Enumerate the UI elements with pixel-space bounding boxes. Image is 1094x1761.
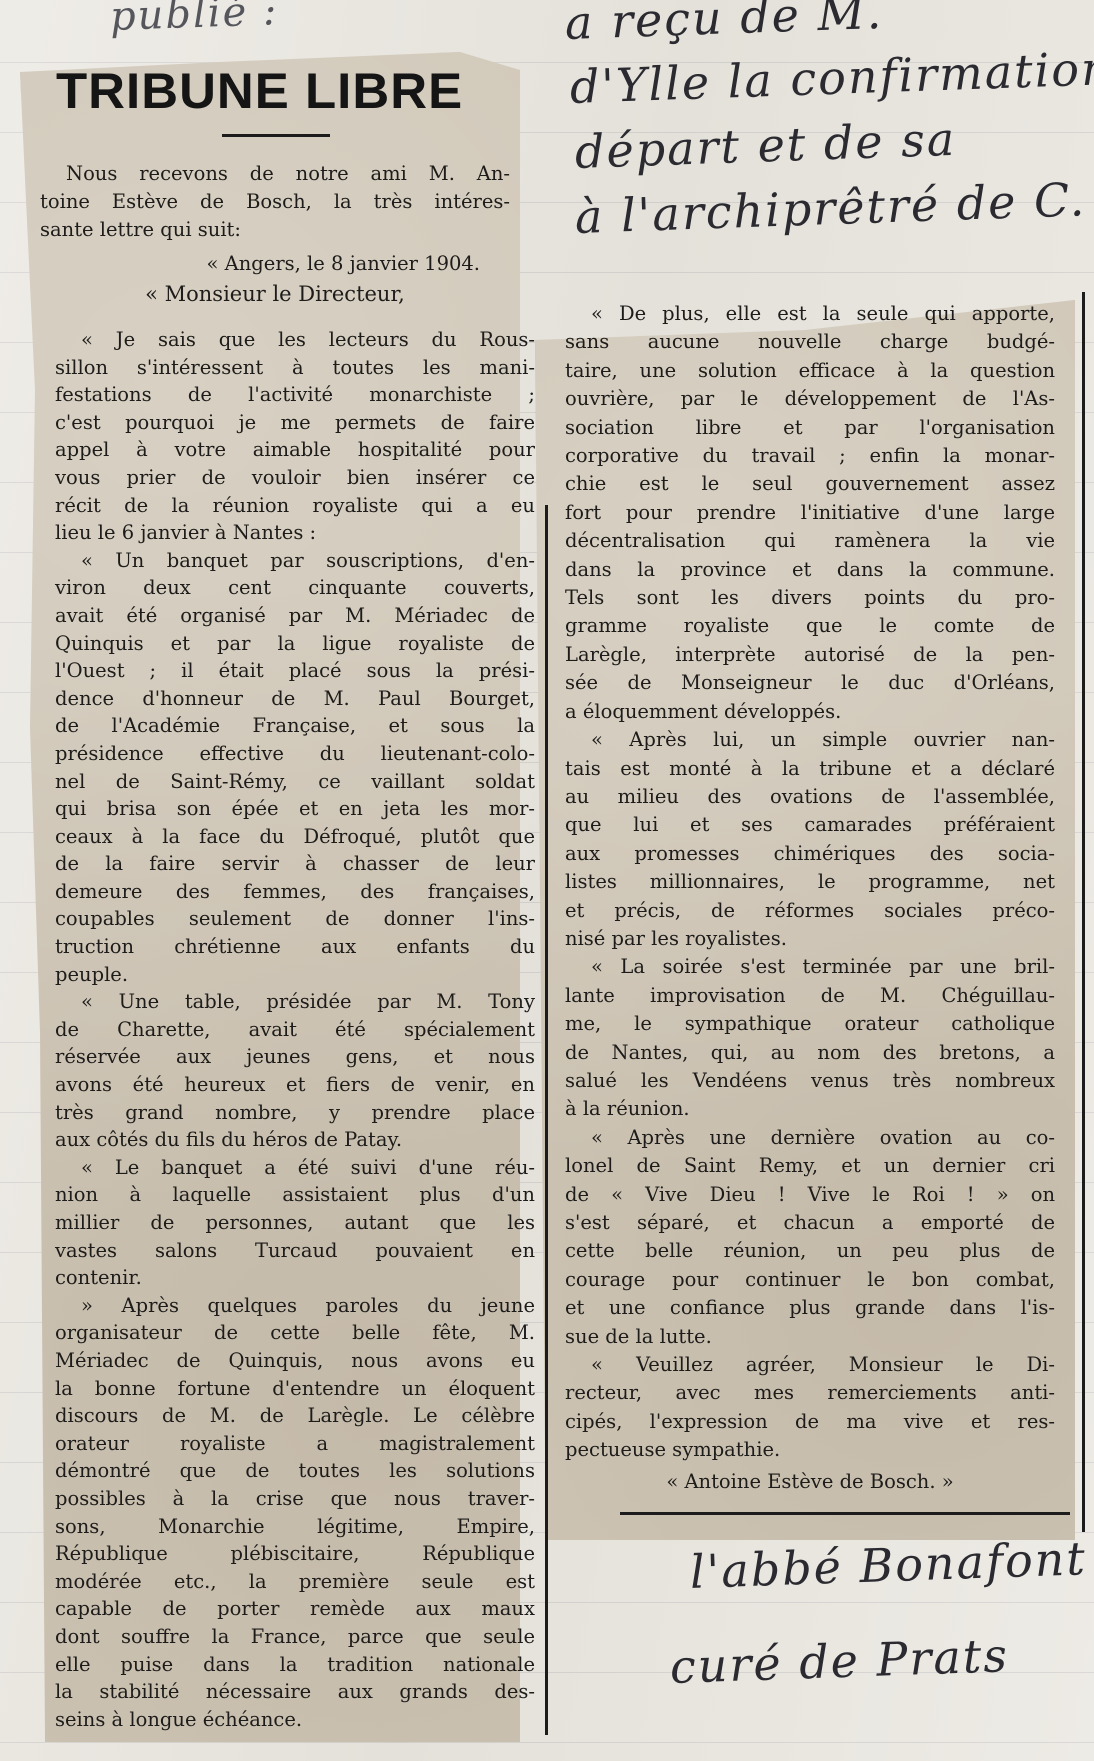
text-line: de Charette, avait été spécialement bbox=[55, 1016, 535, 1044]
text-line: Larègle, interprète autorisé de la pen- bbox=[565, 641, 1055, 669]
handwriting-line-2: d'Ylle la confirmation bbox=[569, 41, 1094, 114]
text-line: demeure des femmes, des françaises, bbox=[55, 878, 535, 906]
text-line: très grand nombre, y prendre place bbox=[55, 1099, 535, 1127]
text-line: taire, une solution efficace à la questi… bbox=[565, 357, 1055, 385]
text-line: sons, Monarchie légitime, Empire, bbox=[55, 1513, 535, 1541]
text-line: truction chrétienne aux enfants du bbox=[55, 933, 535, 961]
text-line: nel de Saint-Rémy, ce vaillant soldat bbox=[55, 768, 535, 796]
text-line: qui brisa son épée et en jeta les mor- bbox=[55, 795, 535, 823]
text-line: République plébiscitaire, République bbox=[55, 1540, 535, 1568]
text-line: sante lettre qui suit: bbox=[40, 216, 510, 244]
text-line: réservée aux jeunes gens, et nous bbox=[55, 1043, 535, 1071]
text-line: au milieu des ovations de l'assemblée, bbox=[565, 783, 1055, 811]
text-line: récit de la réunion royaliste qui a eu bbox=[55, 492, 535, 520]
text-line: Quinquis et par la ligue royaliste de bbox=[55, 630, 535, 658]
text-line: pectueuse sympathie. bbox=[565, 1436, 1055, 1464]
text-line: sillon s'intéressent à toutes les mani- bbox=[55, 354, 535, 382]
text-line: décentralisation qui ramènera la vie bbox=[565, 527, 1055, 555]
text-line: Mériadec de Quinquis, nous avons eu bbox=[55, 1347, 535, 1375]
text-line: vastes salons Turcaud pouvaient en bbox=[55, 1237, 535, 1265]
text-line: festations de l'activité monarchiste ; bbox=[55, 381, 535, 409]
text-line: « Une table, présidée par M. Tony bbox=[55, 988, 535, 1016]
text-line: contenir. bbox=[55, 1264, 535, 1292]
text-line: courage pour continuer le bon combat, bbox=[565, 1266, 1055, 1294]
text-line: de Nantes, qui, au nom des bretons, a bbox=[565, 1039, 1055, 1067]
column-rule bbox=[545, 505, 548, 1735]
text-line: dence d'honneur de M. Paul Bourget, bbox=[55, 685, 535, 713]
left-column-body: « Je sais que les lecteurs du Rous-sillo… bbox=[55, 326, 535, 1733]
text-line: me, le sympathique orateur catholique bbox=[565, 1010, 1055, 1038]
text-line: sociation libre et par l'organisation bbox=[565, 414, 1055, 442]
text-line: elle puise dans la tradition nationale bbox=[55, 1651, 535, 1679]
text-line: cipés, l'expression de ma vive et res- bbox=[565, 1408, 1055, 1436]
end-rule bbox=[620, 1512, 1070, 1515]
text-line: « Veuillez agréer, Monsieur le Di- bbox=[565, 1351, 1055, 1379]
text-line: fort pour prendre l'initiative d'une lar… bbox=[565, 499, 1055, 527]
column-rule bbox=[1082, 292, 1085, 1532]
text-line: lonel de Saint Remy, et un dernier cri bbox=[565, 1152, 1055, 1180]
text-line: dans la province et dans la commune. bbox=[565, 556, 1055, 584]
text-line: « La soirée s'est terminée par une bril- bbox=[565, 953, 1055, 981]
text-line: appel à votre aimable hospitalité pour bbox=[55, 436, 535, 464]
text-line: chie est le seul gouvernement assez bbox=[565, 470, 1055, 498]
text-line: seins à longue échéance. bbox=[55, 1706, 535, 1734]
text-line: « Après lui, un simple ouvrier nan- bbox=[565, 726, 1055, 754]
handwriting-publie: publié : bbox=[109, 0, 279, 40]
text-line: a éloquemment développés. bbox=[565, 698, 1055, 726]
right-column-body: « De plus, elle est la seule qui apporte… bbox=[565, 300, 1055, 1465]
text-line: tais est monté à la tribune et a déclaré bbox=[565, 755, 1055, 783]
text-line: coupables seulement de donner l'ins- bbox=[55, 905, 535, 933]
text-line: « De plus, elle est la seule qui apporte… bbox=[565, 300, 1055, 328]
text-line: et précis, de réformes sociales préco- bbox=[565, 897, 1055, 925]
masthead-rule bbox=[222, 134, 330, 137]
text-line: la stabilité nécessaire aux grands des- bbox=[55, 1678, 535, 1706]
text-line: orateur royaliste a magistralement bbox=[55, 1430, 535, 1458]
text-line: vous prier de vouloir bien insérer ce bbox=[55, 464, 535, 492]
handwriting-line-4: à l'archiprêtré de C. bbox=[574, 172, 1087, 244]
text-line: ouvrière, par le développement de l'As- bbox=[565, 385, 1055, 413]
text-line: et une confiance plus grande dans l'is- bbox=[565, 1294, 1055, 1322]
text-line: « Un banquet par souscriptions, d'en- bbox=[55, 547, 535, 575]
text-line: salué les Vendéens venus très nombreux bbox=[565, 1067, 1055, 1095]
text-line: de « Vive Dieu ! Vive le Roi ! » on bbox=[565, 1181, 1055, 1209]
masthead-title: TRIBUNE LIBRE bbox=[56, 62, 463, 120]
text-line: viron deux cent cinquante couverts, bbox=[55, 574, 535, 602]
intro-paragraph: Nous recevons de notre ami M. An- toine … bbox=[40, 160, 510, 308]
text-line: possibles à la crise que nous traver- bbox=[55, 1485, 535, 1513]
text-line: organisateur de cette belle fête, M. bbox=[55, 1319, 535, 1347]
text-line: nion à laquelle assistaient plus d'un bbox=[55, 1181, 535, 1209]
text-line: l'Ouest ; il était placé sous la prési- bbox=[55, 657, 535, 685]
text-line: de l'Académie Française, et sous la bbox=[55, 712, 535, 740]
text-line: toine Estève de Bosch, la très intéres- bbox=[40, 188, 510, 216]
handwriting-line-3: départ et de sa bbox=[574, 112, 957, 179]
text-line: « Le banquet a été suivi d'une réu- bbox=[55, 1154, 535, 1182]
text-line: sée de Monseigneur le duc d'Orléans, bbox=[565, 669, 1055, 697]
text-line: avons été heureux et fiers de venir, en bbox=[55, 1071, 535, 1099]
text-line: » Après quelques paroles du jeune bbox=[55, 1292, 535, 1320]
text-line: s'est séparé, et chacun a emporté de bbox=[565, 1209, 1055, 1237]
text-line: « Je sais que les lecteurs du Rous- bbox=[55, 326, 535, 354]
text-line: que lui et ses camarades préféraient bbox=[565, 811, 1055, 839]
text-line: corporative du travail ; enfin la monar- bbox=[565, 442, 1055, 470]
text-line: listes millionnaires, le programme, net bbox=[565, 868, 1055, 896]
handwriting-bottom-1: l'abbé Bonafont bbox=[689, 1531, 1088, 1599]
text-line: peuple. bbox=[55, 961, 535, 989]
text-line: modérée etc., la première seule est bbox=[55, 1568, 535, 1596]
text-line: Nous recevons de notre ami M. An- bbox=[40, 160, 510, 188]
text-line: recteur, avec mes remerciements anti- bbox=[565, 1379, 1055, 1407]
text-line: cette belle réunion, un peu plus de bbox=[565, 1237, 1055, 1265]
text-line: à la réunion. bbox=[565, 1095, 1055, 1123]
handwriting-bottom-2: curé de Prats bbox=[669, 1628, 1010, 1694]
text-line: démontré que de toutes les solutions bbox=[55, 1457, 535, 1485]
text-line: la bonne fortune d'entendre un éloquent bbox=[55, 1375, 535, 1403]
handwriting-line-1: a reçu de M. bbox=[564, 0, 884, 50]
text-line: « Après une dernière ovation au co- bbox=[565, 1124, 1055, 1152]
text-line: avait été organisé par M. Mériadec de bbox=[55, 602, 535, 630]
text-line: c'est pourquoi je me permets de faire bbox=[55, 409, 535, 437]
text-line: aux côtés du fils du héros de Patay. bbox=[55, 1126, 535, 1154]
text-line: capable de porter remède aux maux bbox=[55, 1595, 535, 1623]
signature-text: « Antoine Estève de Bosch. » bbox=[565, 1468, 1055, 1496]
text-line: de la faire servir à chasser de leur bbox=[55, 850, 535, 878]
text-line: présidence effective du lieutenant-colo- bbox=[55, 740, 535, 768]
text-line: ceaux à la face du Défroqué, plutôt que bbox=[55, 823, 535, 851]
text-line: gramme royaliste que le comte de bbox=[565, 612, 1055, 640]
text-line: dont souffre la France, parce que seule bbox=[55, 1623, 535, 1651]
text-line: sans aucune nouvelle charge budgé- bbox=[565, 328, 1055, 356]
text-line: lieu le 6 janvier à Nantes : bbox=[55, 519, 535, 547]
salutation: « Monsieur le Directeur, bbox=[40, 280, 510, 308]
text-line: sue de la lutte. bbox=[565, 1323, 1055, 1351]
text-line: Tels sont les divers points du pro- bbox=[565, 584, 1055, 612]
text-line: discours de M. de Larègle. Le célèbre bbox=[55, 1402, 535, 1430]
dateline: « Angers, le 8 janvier 1904. bbox=[40, 250, 510, 278]
text-line: aux promesses chimériques des socia- bbox=[565, 840, 1055, 868]
text-line: nisé par les royalistes. bbox=[565, 925, 1055, 953]
signature: « Antoine Estève de Bosch. » bbox=[565, 1468, 1055, 1496]
text-line: lante improvisation de M. Chéguillau- bbox=[565, 982, 1055, 1010]
text-line: millier de personnes, autant que les bbox=[55, 1209, 535, 1237]
